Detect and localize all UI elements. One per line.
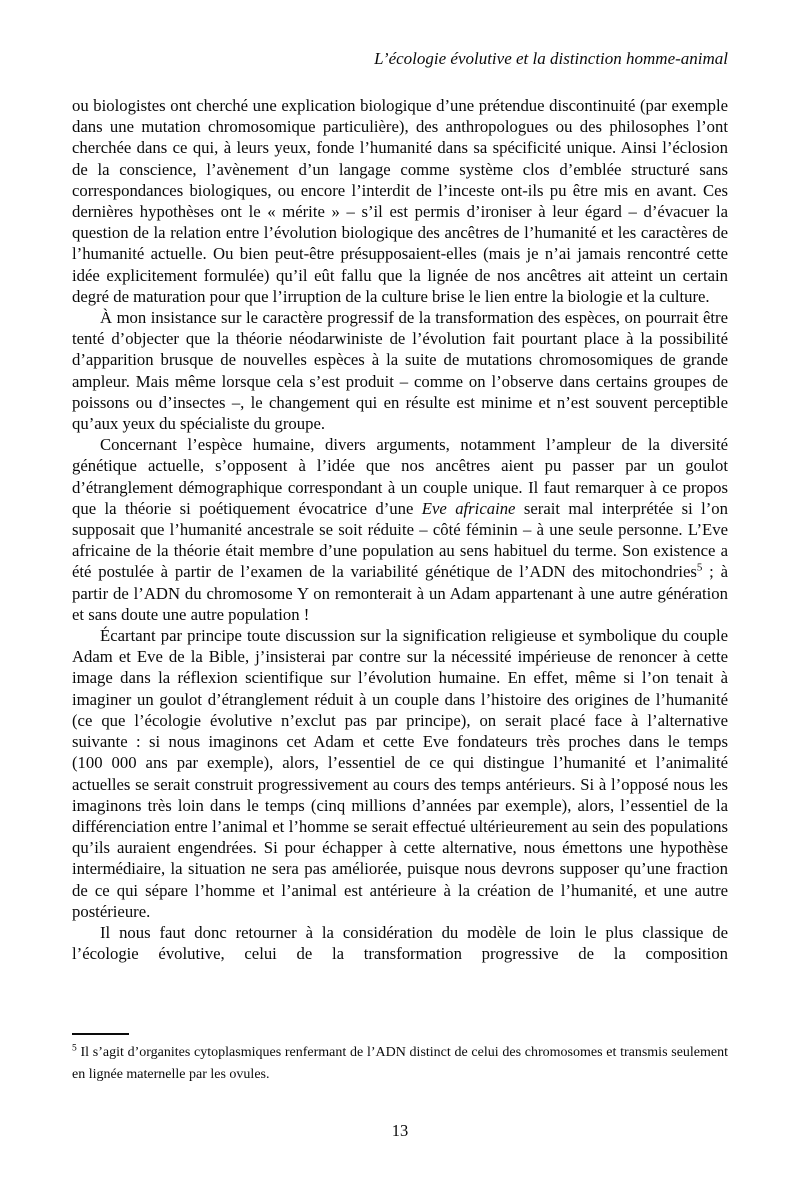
italic-term-eve-africaine: Eve africaine <box>422 499 516 518</box>
page-number: 13 <box>0 1121 800 1141</box>
document-page: L’écologie évolutive et la distinction h… <box>0 0 800 1200</box>
footnote-separator-rule <box>72 1033 129 1035</box>
footnote-text: Il s’agit d’organites cytoplasmiques ren… <box>72 1045 728 1082</box>
paragraph-1: ou biologistes ont cherché une explicati… <box>72 95 728 307</box>
paragraph-4: Écartant par principe toute discussion s… <box>72 625 728 922</box>
paragraph-5: Il nous faut donc retourner à la considé… <box>72 922 728 964</box>
paragraph-3: Concernant l’espèce humaine, divers argu… <box>72 434 728 625</box>
running-header: L’écologie évolutive et la distinction h… <box>72 48 728 69</box>
footnote: 5 Il s’agit d’organites cytoplasmiques r… <box>72 1042 728 1085</box>
footnote-area: 5 Il s’agit d’organites cytoplasmiques r… <box>72 1033 728 1085</box>
paragraph-2: À mon insistance sur le caractère progre… <box>72 307 728 434</box>
page-body: ou biologistes ont cherché une explicati… <box>72 95 728 964</box>
footnote-marker: 5 <box>72 1043 77 1053</box>
